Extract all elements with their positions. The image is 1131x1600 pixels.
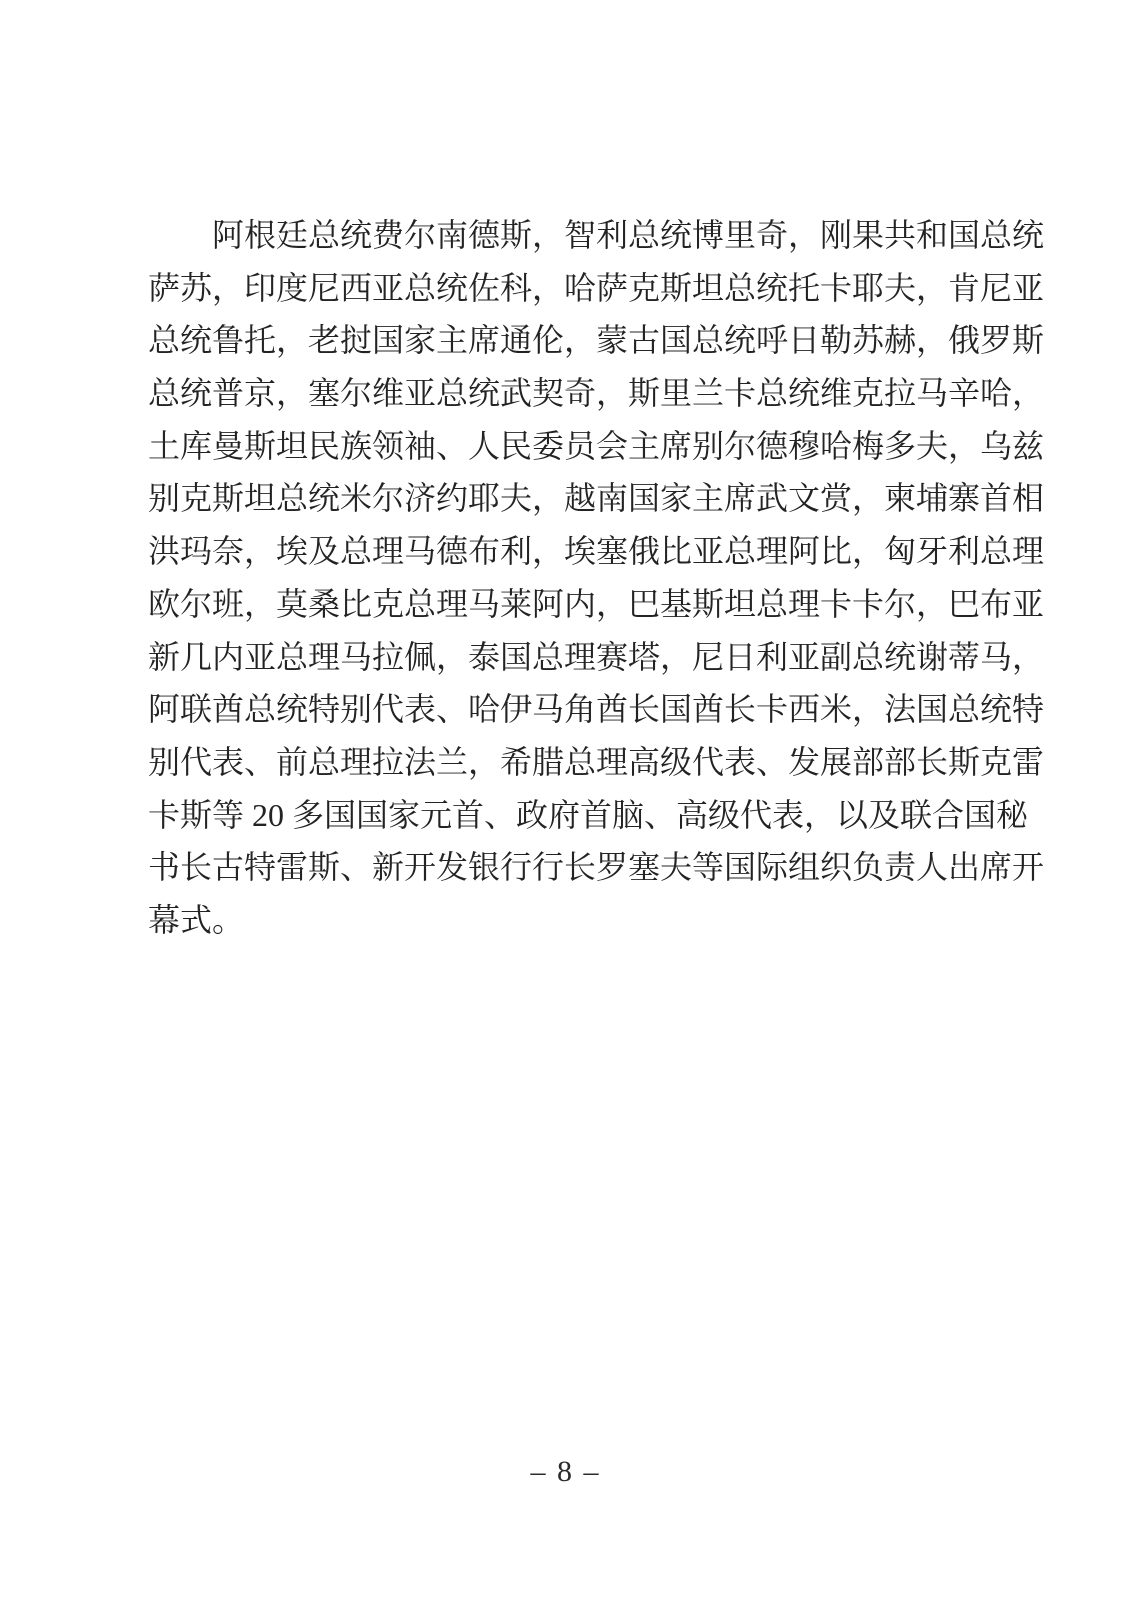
page-number: – 8 –	[0, 1452, 1131, 1492]
paragraph-line: 阿联酋总统特别代表、哈伊马角酋长国酋长卡西米，法国总统特	[148, 683, 988, 736]
body-paragraph: 阿根廷总统费尔南德斯，智利总统博里奇，刚果共和国总统 萨苏，印度尼西亚总统佐科，…	[148, 209, 988, 947]
paragraph-line: 总统鲁托，老挝国家主席通伦，蒙古国总统呼日勒苏赫，俄罗斯	[148, 314, 988, 367]
paragraph-line: 书长古特雷斯、新开发银行行长罗塞夫等国际组织负责人出席开	[148, 841, 988, 894]
paragraph-line: 别代表、前总理拉法兰，希腊总理高级代表、发展部部长斯克雷	[148, 736, 988, 789]
paragraph-line: 土库曼斯坦民族领袖、人民委员会主席别尔德穆哈梅多夫，乌兹	[148, 420, 988, 473]
paragraph-line: 洪玛奈，埃及总理马德布利，埃塞俄比亚总理阿比，匈牙利总理	[148, 525, 988, 578]
paragraph-line: 阿根廷总统费尔南德斯，智利总统博里奇，刚果共和国总统	[148, 209, 988, 262]
paragraph-line: 欧尔班，莫桑比克总理马莱阿内，巴基斯坦总理卡卡尔，巴布亚	[148, 578, 988, 631]
paragraph-line: 别克斯坦总统米尔济约耶夫，越南国家主席武文赏，柬埔寨首相	[148, 472, 988, 525]
paragraph-line: 幕式。	[148, 894, 988, 947]
paragraph-line: 总统普京，塞尔维亚总统武契奇，斯里兰卡总统维克拉马辛哈，	[148, 367, 988, 420]
paragraph-line: 卡斯等 20 多国国家元首、政府首脑、高级代表，以及联合国秘	[148, 789, 988, 842]
paragraph-line: 萨苏，印度尼西亚总统佐科，哈萨克斯坦总统托卡耶夫，肯尼亚	[148, 262, 988, 315]
paragraph-line: 新几内亚总理马拉佩，泰国总理赛塔，尼日利亚副总统谢蒂马，	[148, 631, 988, 684]
document-page: 阿根廷总统费尔南德斯，智利总统博里奇，刚果共和国总统 萨苏，印度尼西亚总统佐科，…	[0, 0, 1131, 1600]
